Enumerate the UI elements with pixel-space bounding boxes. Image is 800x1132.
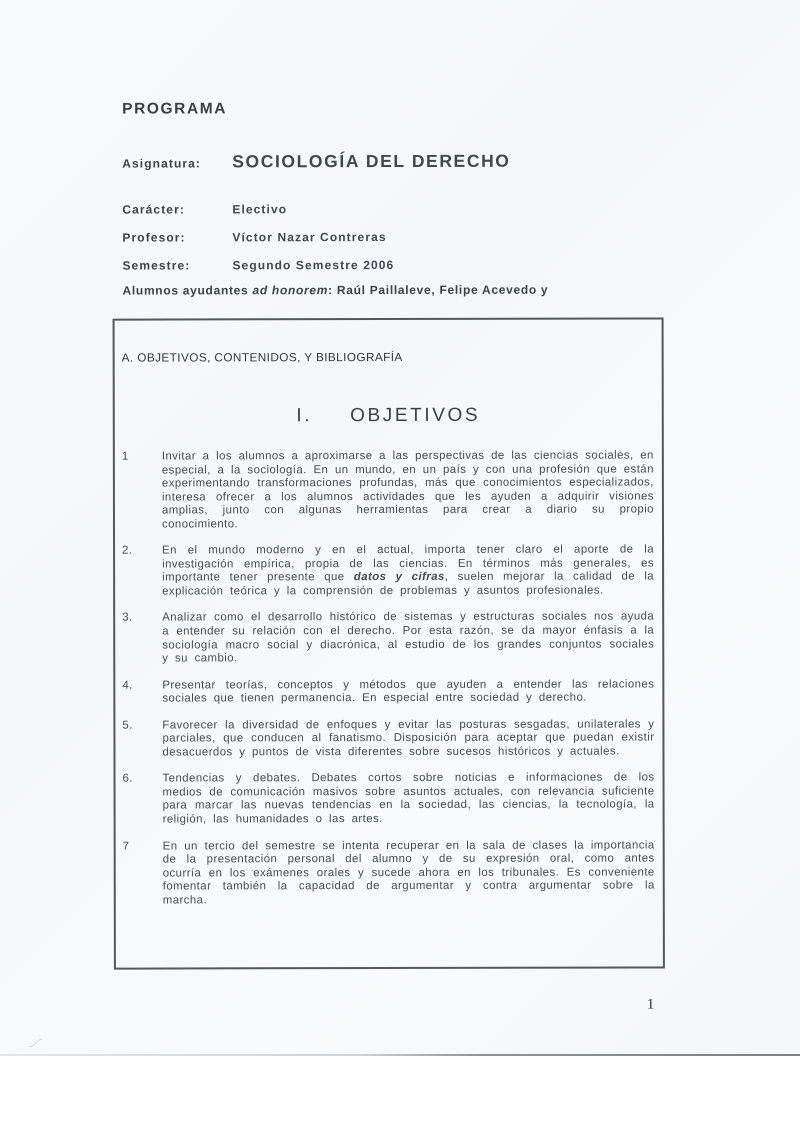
objective-item: 5.Favorecer la diversidad de enfoques y … [115,718,662,760]
objectives-box: A. OBJETIVOS, CONTENIDOS, Y BIBLIOGRAFÍA… [113,317,665,969]
objective-item: 1Invitar a los alumnos a aproximarse a l… [115,449,662,531]
subject-title: SOCIOLOGÍA DEL DERECHO [232,151,510,173]
field-value-semestre: Segundo Semestre 2006 [232,258,394,272]
objective-number: 7 [123,840,130,852]
objective-text: Analizar como el desarrollo histórico de… [162,611,654,666]
field-row-caracter: Carácter: Electivo [122,202,287,216]
objective-number: 6. [123,773,133,785]
objectives-list: 1Invitar a los alumnos a aproximarse a l… [115,449,663,907]
pencil-mark [27,1037,45,1049]
objective-number: 4. [122,679,132,691]
objective-text: Invitar a los alumnos a aproximarse a la… [162,449,654,531]
objective-text: Favorecer la diversidad de enfoques y ev… [162,718,654,760]
scanned-page: PROGRAMA Asignatura: SOCIOLOGÍA DEL DERE… [0,0,800,1056]
objectives-heading: I.OBJETIVOS [115,404,662,427]
field-label-caracter: Carácter: [122,202,232,216]
field-label-asignatura: Asignatura: [122,156,232,170]
objectives-heading-numeral: I. [296,405,312,426]
field-value-profesor: Víctor Nazar Contreras [232,230,386,244]
assistants-emphasis: ad honorem [252,283,328,297]
section-heading: A. OBJETIVOS, CONTENIDOS, Y BIBLIOGRAFÍA [122,349,662,364]
objective-item: 4.Presentar teorías, conceptos y métodos… [115,678,662,706]
objective-number: 3. [122,612,132,624]
assistants-suffix: : Raúl Paillaleve, Felipe Acevedo y [328,283,548,297]
objective-text: Tendencias y debates. Debates cortos sob… [163,772,655,827]
objective-item: 3.Analizar como el desarrollo histórico … [115,611,662,666]
objective-number: 1 [122,451,129,463]
objective-text: Presentar teorías, conceptos y métodos q… [162,678,654,706]
field-row-semestre: Semestre: Segundo Semestre 2006 [122,258,394,273]
field-row-profesor: Profesor: Víctor Nazar Contreras [122,230,386,245]
objective-text: En un tercio del semestre se intenta rec… [163,839,655,908]
objective-number: 5. [122,719,132,731]
field-value-caracter: Electivo [232,202,287,216]
sheet-bottom-edge [0,1054,800,1056]
field-row-asignatura: Asignatura: SOCIOLOGÍA DEL DERECHO [122,151,510,173]
objectives-heading-title: OBJETIVOS [350,405,480,426]
objective-number: 2. [122,545,132,557]
objective-item: 7En un tercio del semestre se intenta re… [116,839,663,908]
page-number: 1 [647,996,654,1013]
page-title: PROGRAMA [122,100,227,118]
page-content: PROGRAMA Asignatura: SOCIOLOGÍA DEL DERE… [0,0,800,1056]
objective-item: 6.Tendencias y debates. Debates cortos s… [116,772,663,827]
objective-text: En el mundo moderno y en el actual, impo… [162,544,654,599]
assistants-prefix: Alumnos ayudantes [122,283,252,297]
field-label-profesor: Profesor: [122,230,232,244]
field-label-semestre: Semestre: [122,258,232,272]
assistants-line: Alumnos ayudantes ad honorem: Raúl Paill… [122,282,682,297]
objective-item: 2.En el mundo moderno y en el actual, im… [115,544,662,599]
